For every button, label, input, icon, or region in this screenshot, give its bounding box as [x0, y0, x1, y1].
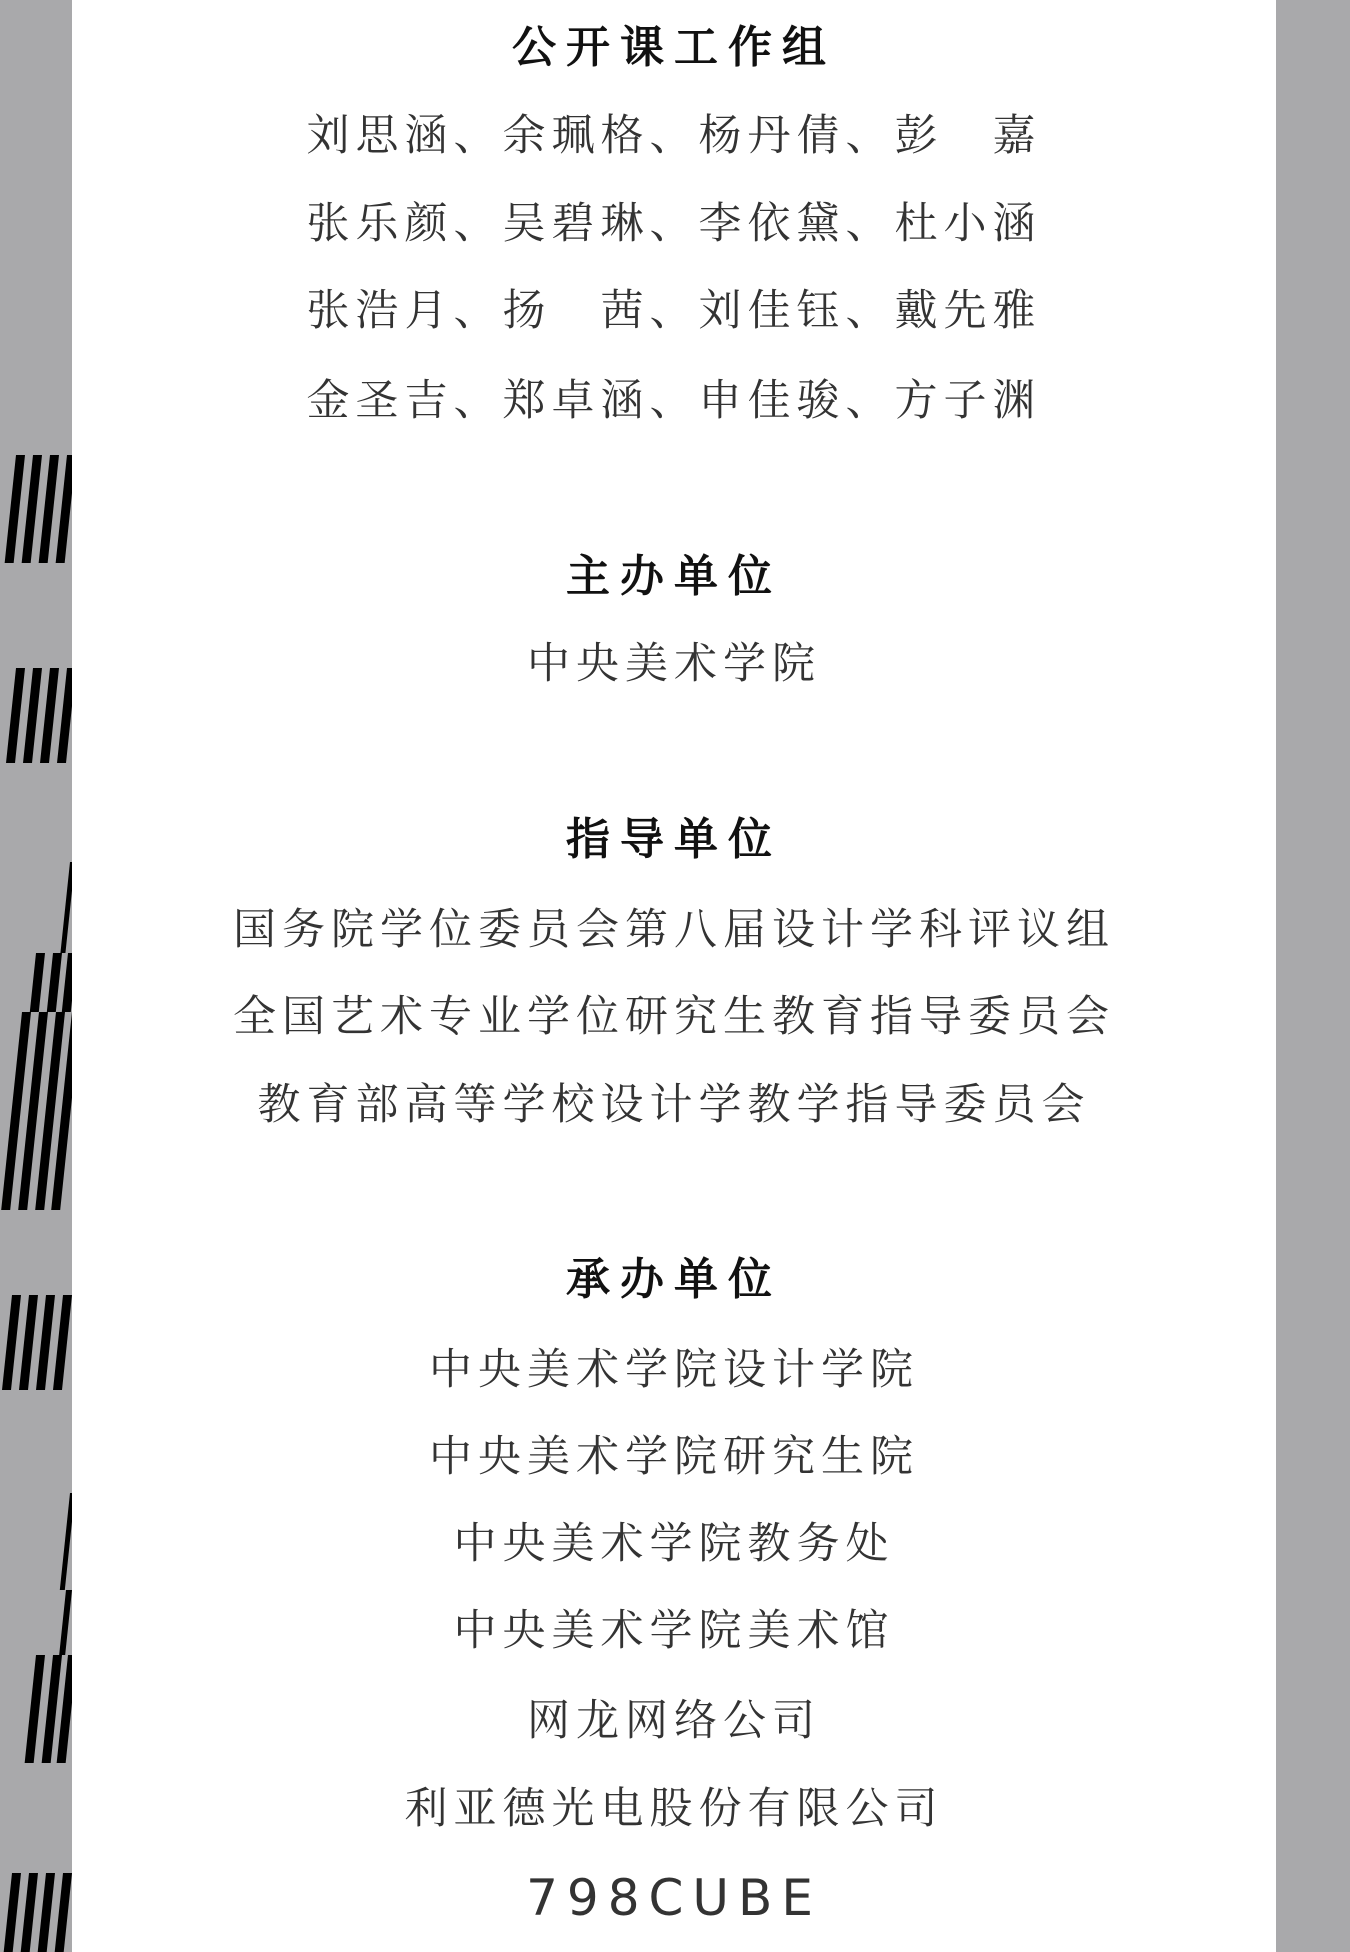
organization-line: 利亚德光电股份有限公司 — [72, 1779, 1276, 1839]
member-line: 刘思涵、余珮格、杨丹倩、彭 嘉 — [72, 106, 1276, 166]
organization-line: 网龙网络公司 — [72, 1691, 1276, 1751]
stripes-icon — [0, 1493, 72, 1590]
organization-line: 全国艺术专业学位研究生教育指导委员会 — [72, 987, 1276, 1047]
left-side-bar — [0, 0, 72, 1952]
stripes-icon — [0, 455, 72, 563]
organization-line: 中央美术学院 — [72, 634, 1276, 694]
stripes-icon — [0, 1873, 72, 1952]
member-line: 张浩月、扬 茜、刘佳钰、戴先雅 — [72, 281, 1276, 341]
section-heading-guidance: 指导单位 — [72, 810, 1276, 870]
organization-line: 国务院学位委员会第八届设计学科评议组 — [72, 900, 1276, 960]
section-heading-host: 主办单位 — [72, 547, 1276, 607]
organization-line: 中央美术学院研究生院 — [72, 1427, 1276, 1487]
stripes-icon — [0, 1590, 72, 1655]
organization-line: 中央美术学院设计学院 — [72, 1340, 1276, 1400]
stripes-icon — [0, 862, 72, 953]
stripes-icon — [0, 953, 72, 1012]
stripes-icon — [0, 1295, 72, 1390]
stripes-icon — [0, 1655, 72, 1763]
stripes-icon — [0, 668, 72, 763]
member-line: 张乐颜、吴碧琳、李依黛、杜小涵 — [72, 194, 1276, 254]
stripes-icon — [0, 1012, 72, 1210]
section-heading-organizers: 承办单位 — [72, 1250, 1276, 1310]
member-line: 金圣吉、郑卓涵、申佳骏、方子渊 — [72, 371, 1276, 431]
organization-line: 中央美术学院教务处 — [72, 1514, 1276, 1574]
organization-line-798cube: 798CUBE — [72, 1868, 1276, 1928]
section-heading-working-group: 公开课工作组 — [72, 18, 1276, 78]
organization-line: 教育部高等学校设计学教学指导委员会 — [72, 1075, 1276, 1135]
right-side-bar — [1276, 0, 1350, 1952]
organization-line: 中央美术学院美术馆 — [72, 1601, 1276, 1661]
